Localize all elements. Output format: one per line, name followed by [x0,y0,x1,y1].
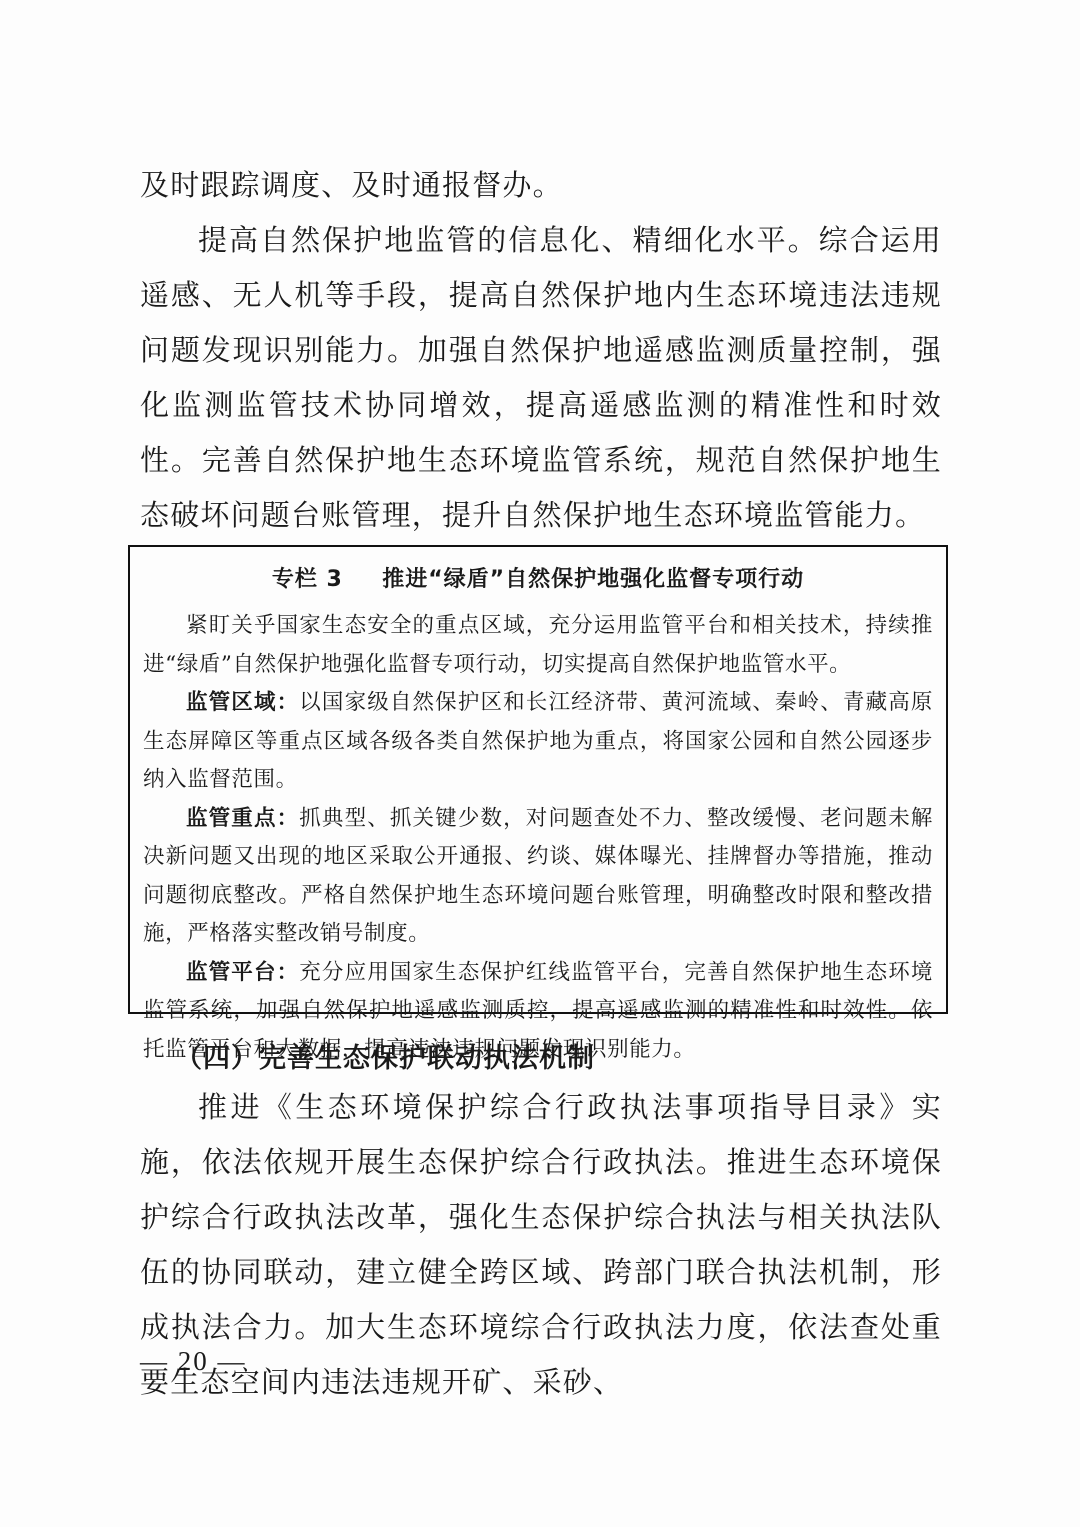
continuation-line: 及时跟踪调度、及时通报督办。 [140,158,942,213]
callout-item-focus: 监管重点：抓典型、抓关键少数，对问题查处不力、整改缓慢、老问题未解决新问题又出现… [143,800,933,954]
document-page: 及时跟踪调度、及时通报督办。 提高自然保护地监管的信息化、精细化水平。综合运用遥… [0,0,1080,1527]
callout-intro: 紧盯关乎国家生态安全的重点区域，充分运用监管平台和相关技术，持续推进“绿盾”自然… [143,607,933,684]
paragraph-enforcement: 推进《生态环境保护综合行政执法事项指导目录》实施，依法依规开展生态保护综合行政执… [140,1080,942,1410]
page-number: — 20 — [140,1346,247,1377]
section-heading: （四）完善生态保护联动执法机制 [175,1036,595,1075]
body-text-top: 及时跟踪调度、及时通报督办。 提高自然保护地监管的信息化、精细化水平。综合运用遥… [140,158,942,543]
callout-number: 专栏 3 [272,562,343,593]
callout-title: 专栏 3 推进“绿盾”自然保护地强化监督专项行动 [143,562,933,593]
callout-item-label: 监管平台： [186,960,299,985]
callout-item-label: 监管重点： [186,806,299,831]
callout-box: 专栏 3 推进“绿盾”自然保护地强化监督专项行动 紧盯关乎国家生态安全的重点区域… [128,545,948,1014]
callout-item-region: 监管区域：以国家级自然保护区和长江经济带、黄河流域、秦岭、青藏高原生态屏障区等重… [143,684,933,800]
callout-title-text: 推进“绿盾”自然保护地强化监督专项行动 [382,562,804,593]
callout-item-label: 监管区域： [186,690,299,715]
callout-body: 紧盯关乎国家生态安全的重点区域，充分运用监管平台和相关技术，持续推进“绿盾”自然… [143,607,933,1069]
body-text-bottom: 推进《生态环境保护综合行政执法事项指导目录》实施，依法依规开展生态保护综合行政执… [140,1080,942,1410]
paragraph-informatization: 提高自然保护地监管的信息化、精细化水平。综合运用遥感、无人机等手段，提高自然保护… [140,213,942,543]
